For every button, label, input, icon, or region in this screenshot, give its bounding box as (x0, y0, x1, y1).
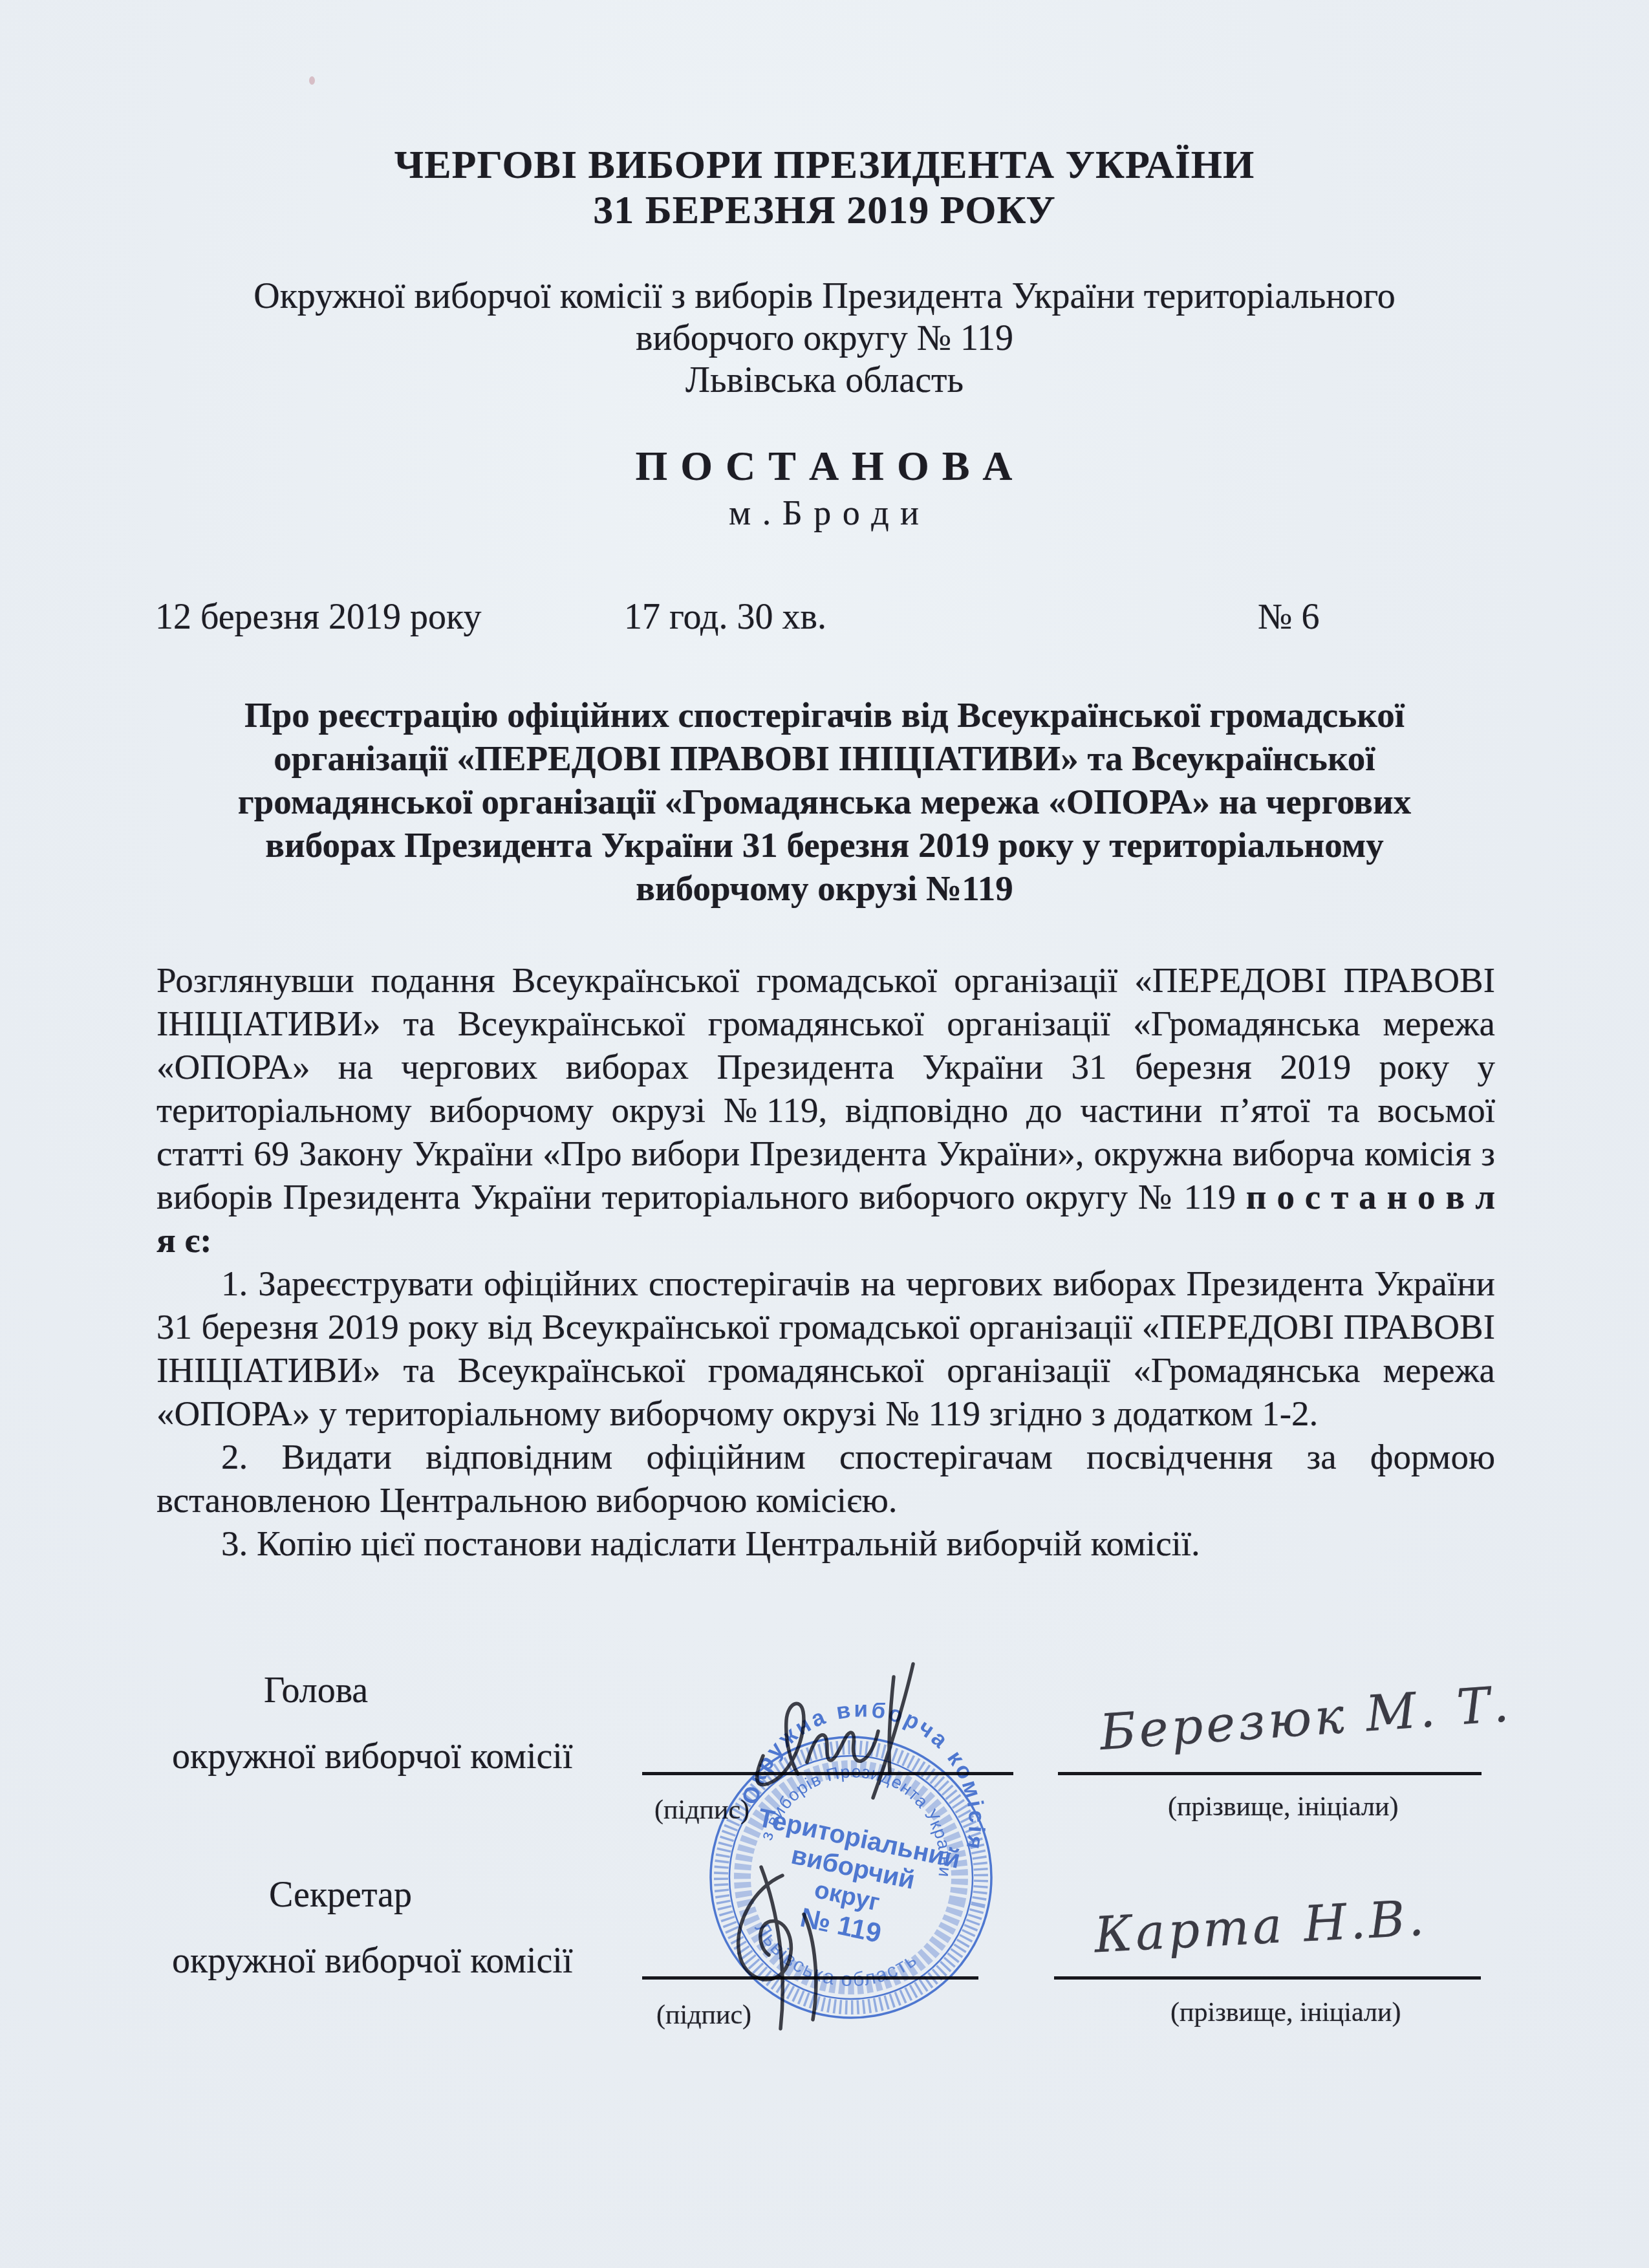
commission-line2: виборчого округу № 119 (0, 318, 1649, 360)
head-handwritten-name: Березюк М. Т. (1098, 1675, 1514, 1761)
commission-name: Окружної виборчої комісії з виборів През… (0, 275, 1649, 402)
doc-time: 17 год. 30 хв. (624, 596, 826, 638)
document-page: ЧЕРГОВІ ВИБОРИ ПРЕЗИДЕНТА УКРАЇНИ 31 БЕР… (0, 0, 1649, 2268)
subject-line: організації «ПЕРЕДОВІ ПРАВОВІ ІНІЦІАТИВИ… (0, 737, 1649, 780)
subject-line: виборчому окрузі №119 (0, 867, 1649, 910)
resolution-item-3: 3. Копію цієї постанови надіслати Центра… (156, 1522, 1495, 1565)
subject-line: Про реєстрацію офіційних спостерігачів в… (0, 693, 1649, 737)
subject-line: виборах Президента України 31 березня 20… (0, 823, 1649, 867)
commission-line1: Окружної виборчої комісії з виборів През… (0, 275, 1649, 318)
head-name-line (1058, 1772, 1482, 1775)
secretary-handwritten-name: Карта Н.В. (1093, 1889, 1428, 1964)
head-role-line2: окружної виборчої комісії (172, 1736, 572, 1777)
resolution-item-1: 1. Зареєструвати офіційних спостерігачів… (156, 1262, 1495, 1435)
scan-speck (309, 76, 315, 85)
doc-type-title: П О С Т А Н О В А (0, 442, 1649, 490)
secretary-role-line2: окружної виборчої комісії (172, 1940, 572, 1982)
resolution-body: Розглянувши подання Всеукраїнської грома… (156, 958, 1495, 1565)
election-title: ЧЕРГОВІ ВИБОРИ ПРЕЗИДЕНТА УКРАЇНИ 31 БЕР… (0, 142, 1649, 233)
head-signature-stroke (731, 1659, 925, 1808)
intro-paragraph: Розглянувши подання Всеукраїнської грома… (156, 958, 1495, 1262)
subject-heading: Про реєстрацію офіційних спостерігачів в… (0, 693, 1649, 910)
resolution-item-2: 2. Видати відповідним офіційним спостері… (156, 1435, 1495, 1522)
subject-line: громадянської організації «Громадянська … (0, 780, 1649, 823)
doc-number: № 6 (1258, 596, 1319, 638)
meta-row: 12 березня 2019 року 17 год. 30 хв. № 6 (0, 596, 1649, 643)
doc-place: м . Б р о д и (0, 493, 1649, 533)
secretary-name-line (1054, 1976, 1481, 1980)
head-name-label: (прізвище, ініціали) (1168, 1791, 1398, 1822)
secretary-name-label: (прізвище, ініціали) (1170, 1997, 1401, 2028)
head-role-line1: Голова (264, 1670, 368, 1711)
election-title-line2: 31 БЕРЕЗНЯ 2019 РОКУ (0, 188, 1649, 233)
secretary-role-line1: Секретар (269, 1874, 412, 1916)
doc-date: 12 березня 2019 року (155, 596, 481, 638)
secretary-signature-stroke (708, 1853, 876, 2040)
election-title-line1: ЧЕРГОВІ ВИБОРИ ПРЕЗИДЕНТА УКРАЇНИ (0, 142, 1649, 188)
commission-line3: Львівська область (0, 360, 1649, 402)
